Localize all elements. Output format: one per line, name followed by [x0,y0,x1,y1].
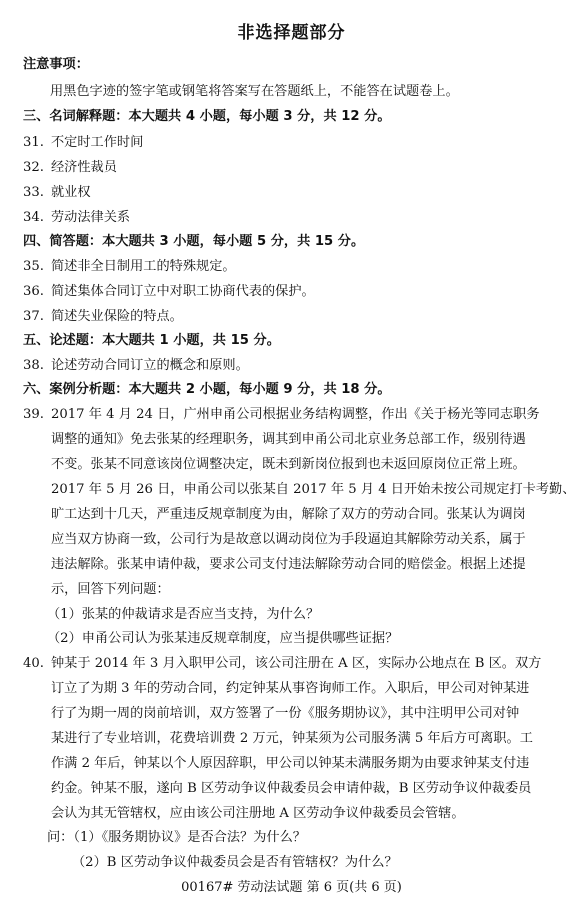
question-37: 37.简述失业保险的特点。 [23,309,183,325]
case-39-subquestion-1: （1）张某的仲裁请求是否应当支持，为什么？ [47,607,319,623]
case-line-text: 钟某于 2014 年 3 月入职甲公司，该公司注册在 A 区，实际办公地点在 B… [51,656,501,672]
case-40-line: 某进行了专业培训，花费培训费 2 万元，钟某须为公司服务满 5 年后方可离职。工 [51,731,501,747]
case-39-line: 应当双方协商一致，公司行为是故意以调动岗位为手段逼迫其解除劳动关系，属于 [51,532,501,548]
question-38: 38.论述劳动合同订立的概念和原则。 [23,358,249,374]
question-number: 33. [23,185,51,201]
page-footer: 00167# 劳动法试题 第 6 页(共 6 页) [0,876,583,895]
question-35: 35.简述非全日制用工的特殊规定。 [23,259,236,275]
notice-heading: 注意事项： [23,57,89,73]
case-39-line: 旷工达到十几天，严重违反规章制度为由，解除了双方的劳动合同。张某认为调岗 [51,507,501,523]
section-3-heading: 三、名词解释题：本大题共 4 小题，每小题 3 分，共 12 分。 [23,109,391,125]
question-number: 38. [23,358,51,374]
case-line-text: 2017 年 5 月 26 日，申甬公司以张某自 2017 年 5 月 4 日开… [51,482,501,498]
case-39-number: 39. [23,407,44,423]
question-number: 36. [23,284,51,300]
section-4-heading: 四、简答题：本大题共 3 小题，每小题 5 分，共 15 分。 [23,234,364,250]
question-text: 劳动法律关系 [51,210,130,225]
question-number: 31. [23,135,51,151]
question-number: 35. [23,259,51,275]
question-text: 论述劳动合同订立的概念和原则。 [51,358,249,373]
question-text: 简述失业保险的特点。 [51,309,183,324]
exam-page: 非选择题部分 注意事项： 用黑色字迹的签字笔或钢笔将答案写在答题纸上，不能答在试… [0,0,583,899]
case-40-number: 40. [23,656,44,672]
case-39-line: 2017 年 4 月 24 日，广州申甬公司根据业务结构调整，作出《关于杨光等同… [51,407,501,423]
case-line-text: 某进行了专业培训，花费培训费 2 万元，钟某须为公司服务满 5 年后方可离职。工 [51,731,501,747]
case-line-text: 调整的通知》免去张某的经理职务，调其到申甬公司北京业务总部工作，级别待遇 [51,432,501,448]
case-39-line: 违法解除。张某申请仲裁，要求公司支付违法解除劳动合同的赔偿金。根据上述提 [51,557,501,573]
case-line-text: 订立了为期 3 年的劳动合同，约定钟某从事咨询师工作。入职后，甲公司对钟某进 [51,681,501,697]
case-line-text: 不变。张某不同意该岗位调整决定，既未到新岗位报到也未返回原岗位正常上班。 [51,457,501,473]
question-31: 31.不定时工作时间 [23,135,143,151]
question-text: 经济性裁员 [51,160,117,175]
case-40-subquestion-1: 问：（1）《服务期协议》是否合法？为什么？ [47,830,306,846]
case-line-text: 违法解除。张某申请仲裁，要求公司支付违法解除劳动合同的赔偿金。根据上述提 [51,557,501,573]
case-line-text: 约金。钟某不服，遂向 B 区劳动争议仲裁委员会申请仲裁，B 区劳动争议仲裁委员 [51,781,501,797]
question-number: 32. [23,160,51,176]
case-40-line: 约金。钟某不服，遂向 B 区劳动争议仲裁委员会申请仲裁，B 区劳动争议仲裁委员 [51,781,501,797]
question-34: 34.劳动法律关系 [23,210,130,226]
case-40-line: 钟某于 2014 年 3 月入职甲公司，该公司注册在 A 区，实际办公地点在 B… [51,656,501,672]
case-line-text: 应当双方协商一致，公司行为是故意以调动岗位为手段逼迫其解除劳动关系，属于 [51,532,501,548]
case-40-line: 行了为期一周的岗前培训，双方签署了一份《服务期协议》，其中注明甲公司对钟 [51,706,501,722]
question-text: 不定时工作时间 [51,135,143,150]
case-40-line: 订立了为期 3 年的劳动合同，约定钟某从事咨询师工作。入职后，甲公司对钟某进 [51,681,501,697]
case-line-text: 2017 年 4 月 24 日，广州申甬公司根据业务结构调整，作出《关于杨光等同… [51,407,501,423]
question-text: 就业权 [51,185,91,200]
question-text: 简述非全日制用工的特殊规定。 [51,259,236,274]
case-39-line: 调整的通知》免去张某的经理职务，调其到申甬公司北京业务总部工作，级别待遇 [51,432,501,448]
section-6-heading: 六、案例分析题：本大题共 2 小题，每小题 9 分，共 18 分。 [23,382,391,398]
question-33: 33.就业权 [23,185,91,201]
question-number: 37. [23,309,51,325]
case-line-text: 旷工达到十几天，严重违反规章制度为由，解除了双方的劳动合同。张某认为调岗 [51,507,501,523]
question-number: 34. [23,210,51,226]
case-40-subquestion-2: （2）B 区劳动争议仲裁委员会是否有管辖权？为什么？ [72,855,398,871]
section-5-heading: 五、论述题：本大题共 1 小题，共 15 分。 [23,333,280,349]
case-39-line: 不变。张某不同意该岗位调整决定，既未到新岗位报到也未返回原岗位正常上班。 [51,457,501,473]
case-40-line: 会认为其无管辖权，应由该公司注册地 A 区劳动争议仲裁委员会管辖。 [51,806,465,822]
notice-text: 用黑色字迹的签字笔或钢笔将答案写在答题纸上，不能答在试题卷上。 [50,84,459,100]
case-line-text: 行了为期一周的岗前培训，双方签署了一份《服务期协议》，其中注明甲公司对钟 [51,706,501,722]
case-39-subquestion-2: （2）申甬公司认为张某违反规章制度，应当提供哪些证据？ [47,631,398,647]
case-40-line: 作满 2 年后，钟某以个人原因辞职，甲公司以钟某未满服务期为由要求钟某支付违 [51,756,501,772]
case-line-text: 作满 2 年后，钟某以个人原因辞职，甲公司以钟某未满服务期为由要求钟某支付违 [51,756,501,772]
question-32: 32.经济性裁员 [23,160,117,176]
question-text: 简述集体合同订立中对职工协商代表的保护。 [51,284,315,299]
case-39-line: 2017 年 5 月 26 日，申甬公司以张某自 2017 年 5 月 4 日开… [51,482,501,498]
page-title: 非选择题部分 [0,18,583,43]
question-36: 36.简述集体合同订立中对职工协商代表的保护。 [23,284,315,300]
case-39-line: 示，回答下列问题： [51,582,170,598]
